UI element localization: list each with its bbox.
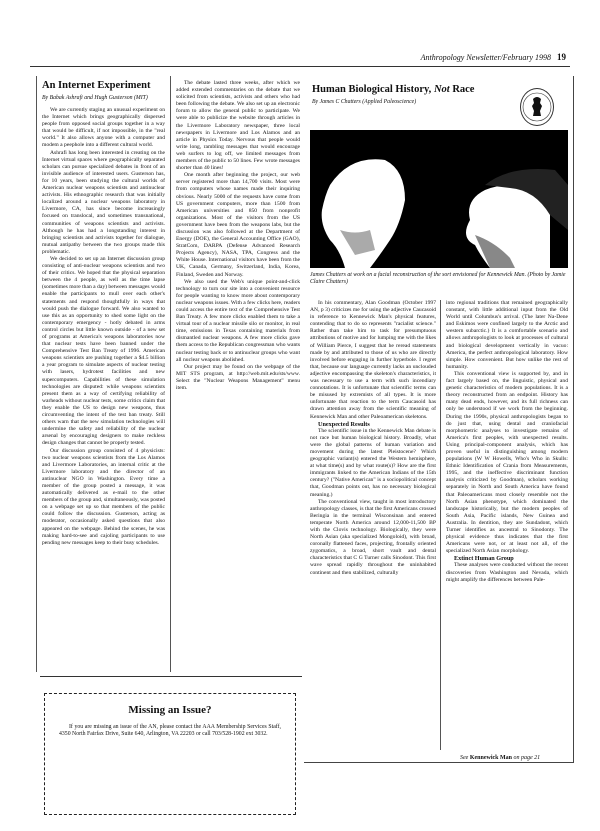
- paragraph: We also used the Web's unique point-and-…: [176, 279, 300, 364]
- article-race-col2: into regional traditions that remained g…: [446, 300, 568, 752]
- publication-title: Anthropology Newsletter/February 1998: [421, 53, 551, 62]
- paragraph: The debate lasted three weeks, after whi…: [176, 80, 300, 172]
- missing-issue-box: Missing an Issue? If you are missing an …: [44, 693, 296, 815]
- paragraph: The conventional view, taught in most in…: [310, 499, 436, 577]
- article-race-col1: In his commentary, Alan Goodman (October…: [310, 300, 436, 770]
- paragraph: We are currently staging an unusual expe…: [42, 107, 165, 150]
- article-byline: By Babak Ashrafi and Hugh Gusterson (MIT…: [42, 95, 165, 102]
- paragraph: The scientific issue in the Kennewick Ma…: [310, 428, 436, 499]
- paragraph: One month after beginning the project, o…: [176, 172, 300, 278]
- column-rule: [170, 76, 171, 672]
- paragraph: We decided to set up an Internet discuss…: [42, 256, 165, 448]
- paragraph: Our discussion group consisted of 4 phys…: [42, 448, 165, 547]
- paragraph: This conventional view is supported by, …: [446, 371, 568, 555]
- header-rule: [30, 66, 570, 67]
- continued-on-link[interactable]: See Kennewick Man on page 21: [460, 755, 540, 761]
- article-internet-col2: The debate lasted three weeks, after whi…: [176, 80, 300, 670]
- column-rule: [440, 300, 441, 750]
- running-head: Anthropology Newsletter/February 199819: [421, 52, 566, 62]
- section-rule: [40, 676, 302, 677]
- article-byline: By James C Chatters (Applied Paleoscienc…: [312, 99, 517, 106]
- photo-caption: James Chatters at work on a facial recon…: [310, 272, 568, 286]
- subhead-unexpected-results: Unexpected Results: [310, 421, 436, 428]
- subhead-extinct-human-group: Extinct Human Group: [446, 555, 568, 562]
- page-number: 19: [557, 52, 566, 62]
- paragraph: into regional traditions that remained g…: [446, 300, 568, 371]
- column-rule: [36, 76, 37, 672]
- paragraph: Ashrafi has long been interested in crea…: [42, 150, 165, 256]
- paragraph: In his commentary, Alan Goodman (October…: [310, 300, 436, 421]
- article-race-header: Human Biological History, Not Race By Ja…: [312, 84, 517, 111]
- photo-facial-reconstruction: [310, 130, 568, 268]
- article-title: An Internet Experiment: [42, 80, 165, 92]
- missing-issue-body: If you are missing an issue of the AN, p…: [59, 724, 281, 738]
- missing-issue-title: Missing an Issue?: [45, 704, 295, 716]
- society-seal-icon: [520, 88, 554, 126]
- paragraph: These analyses were conducted without th…: [446, 562, 568, 583]
- article-title: Human Biological History, Not Race: [312, 84, 517, 96]
- paragraph: Our project may be found on the webpage …: [176, 364, 300, 392]
- article-internet-col1: An Internet Experiment By Babak Ashrafi …: [42, 80, 165, 680]
